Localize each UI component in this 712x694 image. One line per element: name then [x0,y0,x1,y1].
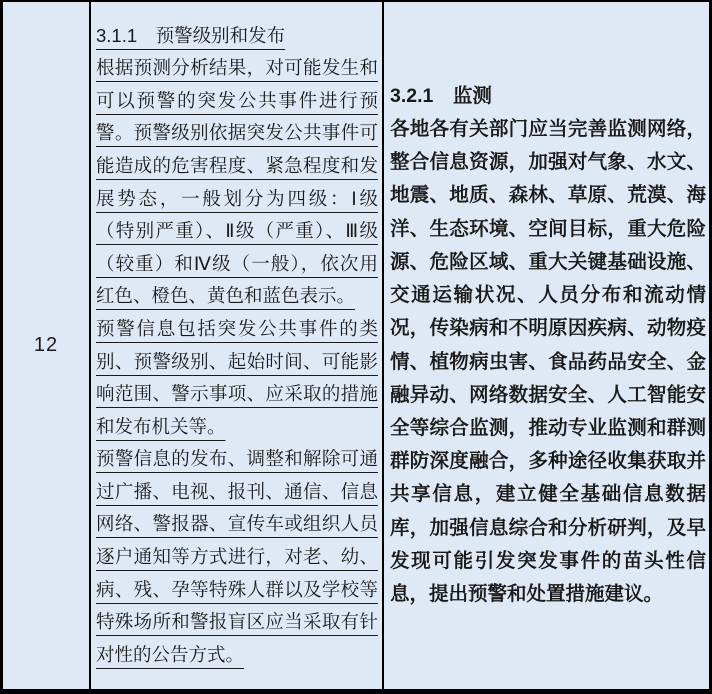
section-3-2-1-heading: 3.2.1 监测 [390,80,706,113]
monitoring-cell: 3.2.1 监测 各地各有关部门应当完善监测网络，整合信息资源，加强对气象、水文… [384,2,709,689]
warning-level-paragraph-3: 预警信息的发布、调整和解除可通过广播、电视、报刊、通信、信息网络、警报器、宣传车… [96,443,378,671]
monitoring-paragraph: 各地各有关部门应当完善监测网络，整合信息资源，加强对气象、水文、地震、地质、森林… [390,113,706,611]
row-number-cell: 12 [3,2,91,689]
warning-level-paragraph-1: 根据预测分析结果，对可能发生和可以预警的突发公共事件进行预警。预警级别依据突发公… [96,52,378,313]
warning-level-cell: 3.1.1 预警级别和发布 根据预测分析结果，对可能发生和可以预警的突发公共事件… [91,2,384,689]
warning-level-paragraph-2: 预警信息包括突发公共事件的类别、预警级别、起始时间、可能影响范围、警示事项、应采… [96,313,378,443]
section-3-1-1-heading: 3.1.1 预警级别和发布 [96,20,378,53]
row-number: 12 [34,334,58,357]
document-table-row: 12 3.1.1 预警级别和发布 根据预测分析结果，对可能发生和可以预警的突发公… [0,0,712,694]
